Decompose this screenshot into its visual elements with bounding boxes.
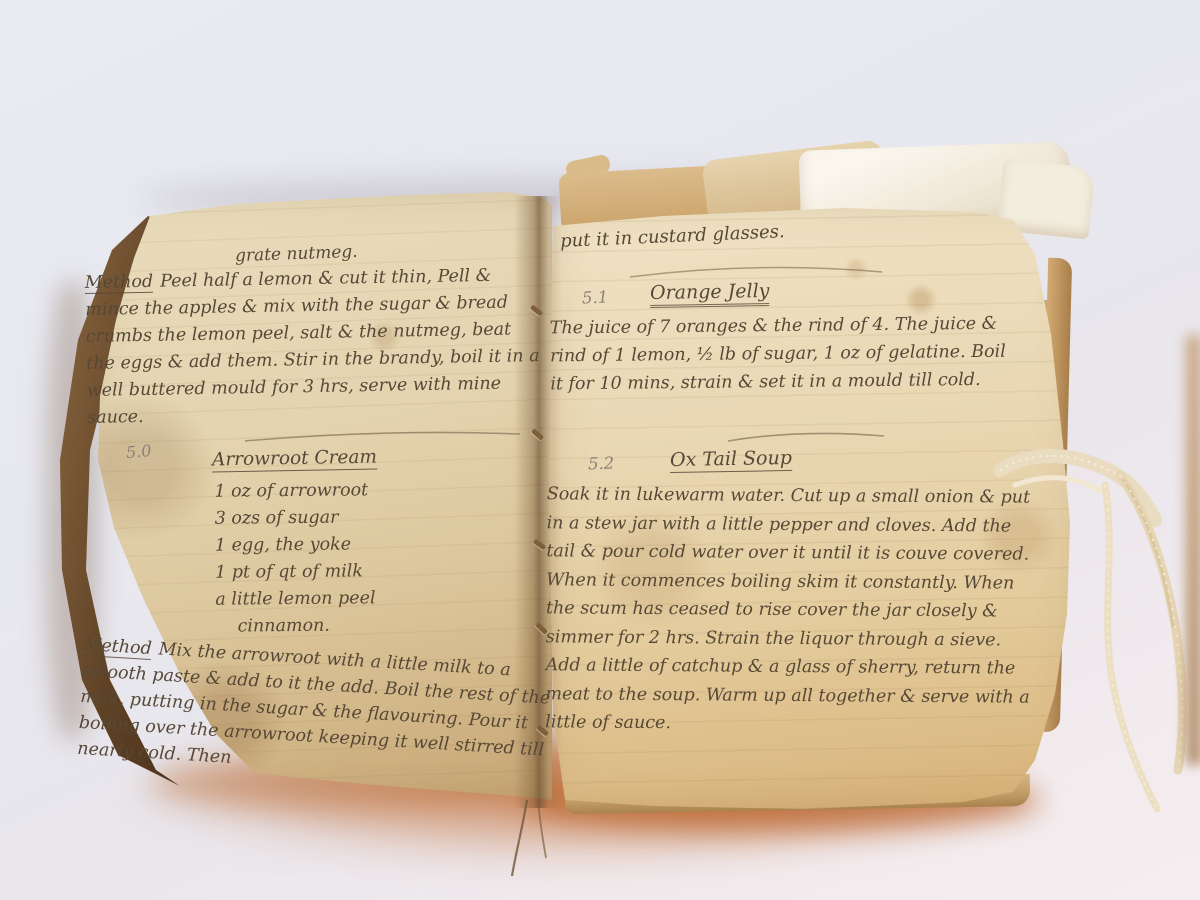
method-text: Peel half a lemon & cut it thin, Pell & … bbox=[85, 266, 540, 428]
recipe-title-text: Ox Tail Soup bbox=[670, 447, 792, 473]
method-label: Method bbox=[85, 272, 154, 294]
ingredient-item: 3 ozs of sugar bbox=[215, 504, 375, 532]
ingredient-item: cinnamon. bbox=[215, 612, 375, 640]
photo-of-recipe-notebook: grate nutmeg. MethodPeel half a lemon & … bbox=[0, 0, 1200, 900]
recipe-title: Ox Tail Soup bbox=[670, 447, 792, 471]
left-section-number: 5.0 bbox=[125, 441, 152, 462]
method-label: Method bbox=[83, 635, 152, 660]
ingredient-item: 1 pt of qt of milk bbox=[215, 558, 375, 586]
ingredient-item: a little lemon peel bbox=[215, 585, 375, 613]
left-page-top-line: grate nutmeg. bbox=[235, 242, 358, 266]
blurred-object-right-edge bbox=[1186, 335, 1200, 765]
recipe-body: Soak it in lukewarm water. Cut up a smal… bbox=[545, 480, 1039, 740]
recipe-title: Orange Jelly bbox=[650, 280, 770, 304]
ingredient-item: 1 oz of arrowroot bbox=[214, 477, 374, 505]
ingredient-list: 1 oz of arrowroot 3 ozs of sugar 1 egg, … bbox=[214, 477, 376, 640]
left-method-paragraph: MethodPeel half a lemon & cut it thin, P… bbox=[85, 262, 544, 432]
recipe-number: 5.2 bbox=[588, 454, 615, 474]
recipe-title-text: Orange Jelly bbox=[650, 280, 770, 308]
recipe-number: 5.1 bbox=[582, 287, 609, 307]
ingredient-item: 1 egg, the yoke bbox=[215, 531, 375, 559]
left-recipe-title-text: Arrowroot Cream bbox=[212, 447, 377, 473]
recipe-body: The juice of 7 oranges & the rind of 4. … bbox=[550, 310, 1015, 399]
left-recipe-title: Arrowroot Cream bbox=[212, 447, 377, 471]
